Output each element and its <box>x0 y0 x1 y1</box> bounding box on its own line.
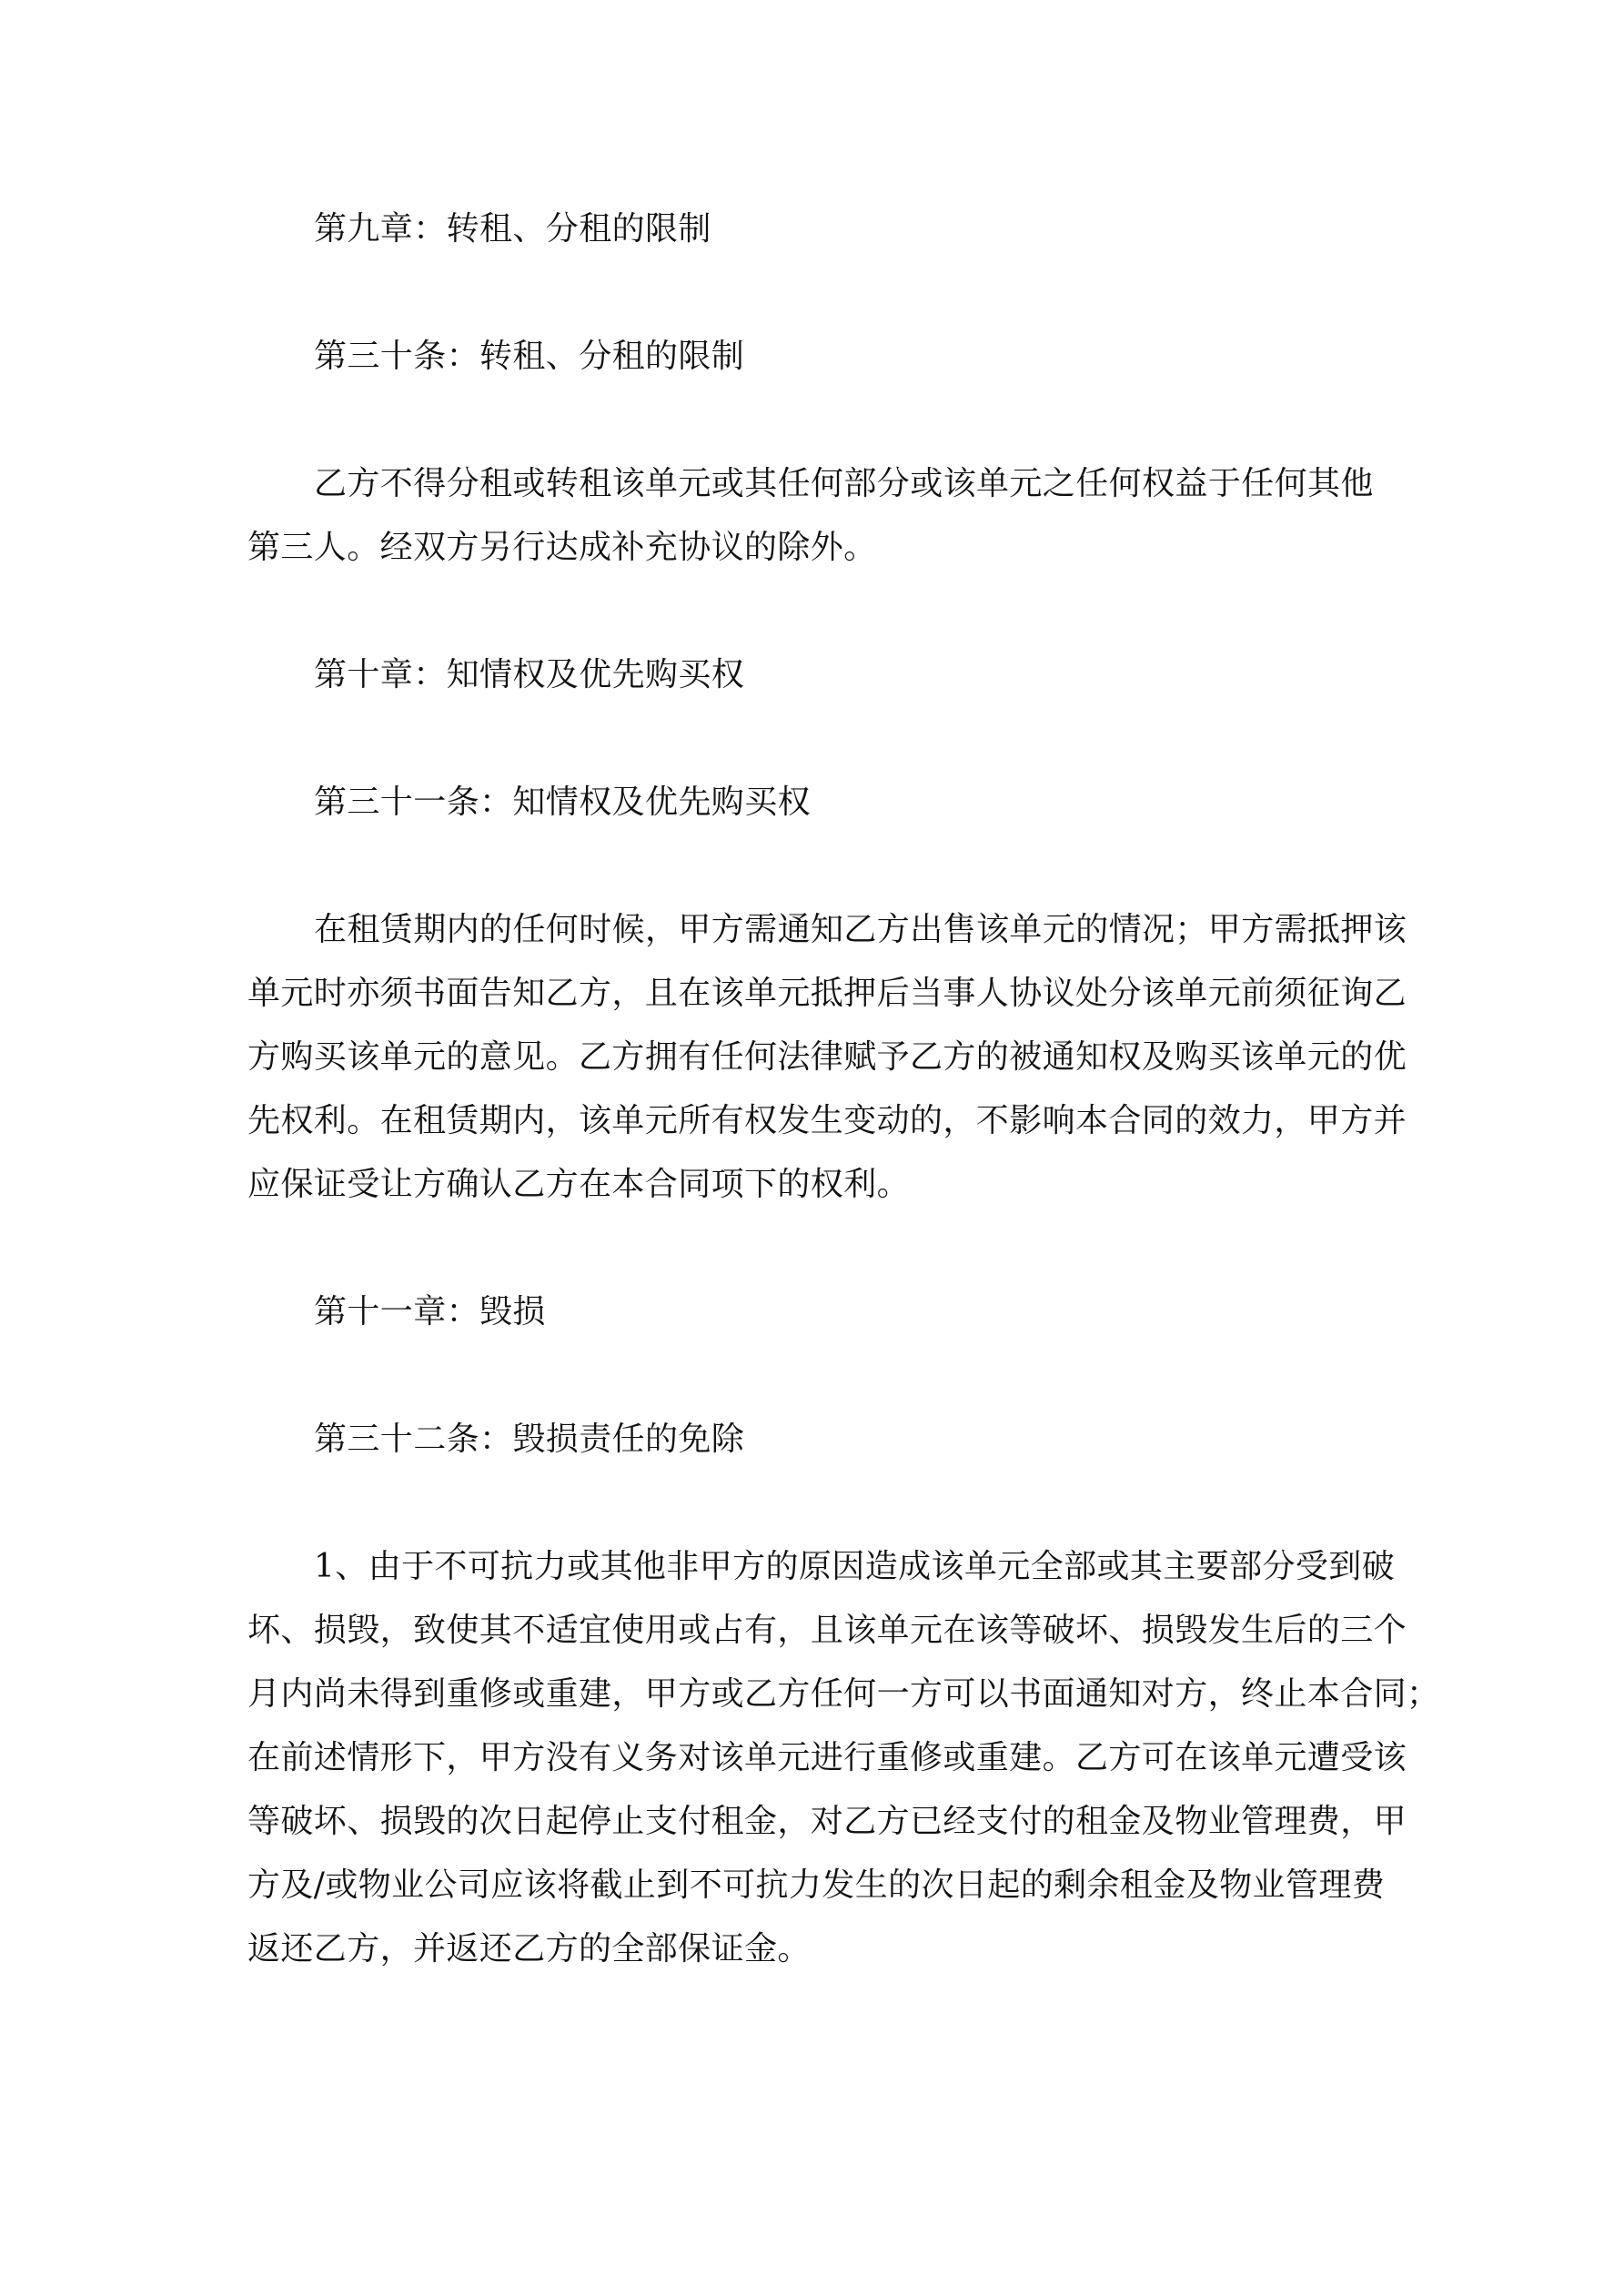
article-heading-30: 第三十条：转租、分租的限制 <box>247 325 1380 389</box>
blank-line <box>247 1344 1380 1408</box>
paragraph-line: 月内尚未得到重修或重建，甲方或乙方任何一方可以书面通知对方，终止本合同； <box>247 1663 1380 1726</box>
article-heading-31: 第三十一条：知情权及优先购买权 <box>247 771 1380 834</box>
paragraph-line: 应保证受让方确认乙方在本合同项下的权利。 <box>247 1153 1380 1217</box>
paragraph-line: 1、由于不可抗力或其他非甲方的原因造成该单元全部或其主要部分受到破 <box>247 1535 1380 1599</box>
paragraph-article-32-item-1: 1、由于不可抗力或其他非甲方的原因造成该单元全部或其主要部分受到破 坏、损毁，致… <box>247 1535 1380 1981</box>
blank-line <box>247 707 1380 771</box>
chapter-heading-9: 第九章：转租、分租的限制 <box>247 197 1380 261</box>
paragraph-line: 方购买该单元的意见。乙方拥有任何法律赋予乙方的被通知权及购买该单元的优 <box>247 1026 1380 1089</box>
paragraph-line: 坏、损毁，致使其不适宜使用或占有，且该单元在该等破坏、损毁发生后的三个 <box>247 1599 1380 1663</box>
blank-line <box>247 834 1380 898</box>
blank-line <box>247 1472 1380 1535</box>
paragraph-line: 等破坏、损毁的次日起停止支付租金，对乙方已经支付的租金及物业管理费，甲 <box>247 1790 1380 1854</box>
paragraph-article-30: 乙方不得分租或转租该单元或其任何部分或该单元之任何权益于任何其他 第三人。经双方… <box>247 452 1380 580</box>
chapter-heading-11: 第十一章：毁损 <box>247 1280 1380 1344</box>
paragraph-line: 返还乙方，并返还乙方的全部保证金。 <box>247 1917 1380 1981</box>
article-heading-32: 第三十二条：毁损责任的免除 <box>247 1408 1380 1472</box>
paragraph-line: 第三人。经双方另行达成补充协议的除外。 <box>247 516 1380 580</box>
document-page: 第九章：转租、分租的限制 第三十条：转租、分租的限制 乙方不得分租或转租该单元或… <box>247 197 1380 1981</box>
paragraph-line: 先权利。在租赁期内，该单元所有权发生变动的，不影响本合同的效力，甲方并 <box>247 1089 1380 1153</box>
blank-line <box>247 261 1380 325</box>
blank-line <box>247 389 1380 452</box>
paragraph-line: 在前述情形下，甲方没有义务对该单元进行重修或重建。乙方可在该单元遭受该 <box>247 1726 1380 1790</box>
blank-line <box>247 580 1380 643</box>
chapter-heading-10: 第十章：知情权及优先购买权 <box>247 643 1380 707</box>
paragraph-line: 乙方不得分租或转租该单元或其任何部分或该单元之任何权益于任何其他 <box>247 452 1380 516</box>
blank-line <box>247 1217 1380 1280</box>
paragraph-line: 方及/或物业公司应该将截止到不可抗力发生的次日起的剩余租金及物业管理费 <box>247 1854 1380 1917</box>
paragraph-line: 在租赁期内的任何时候，甲方需通知乙方出售该单元的情况；甲方需抵押该 <box>247 898 1380 962</box>
paragraph-article-31: 在租赁期内的任何时候，甲方需通知乙方出售该单元的情况；甲方需抵押该 单元时亦须书… <box>247 898 1380 1217</box>
paragraph-line: 单元时亦须书面告知乙方，且在该单元抵押后当事人协议处分该单元前须征询乙 <box>247 962 1380 1026</box>
